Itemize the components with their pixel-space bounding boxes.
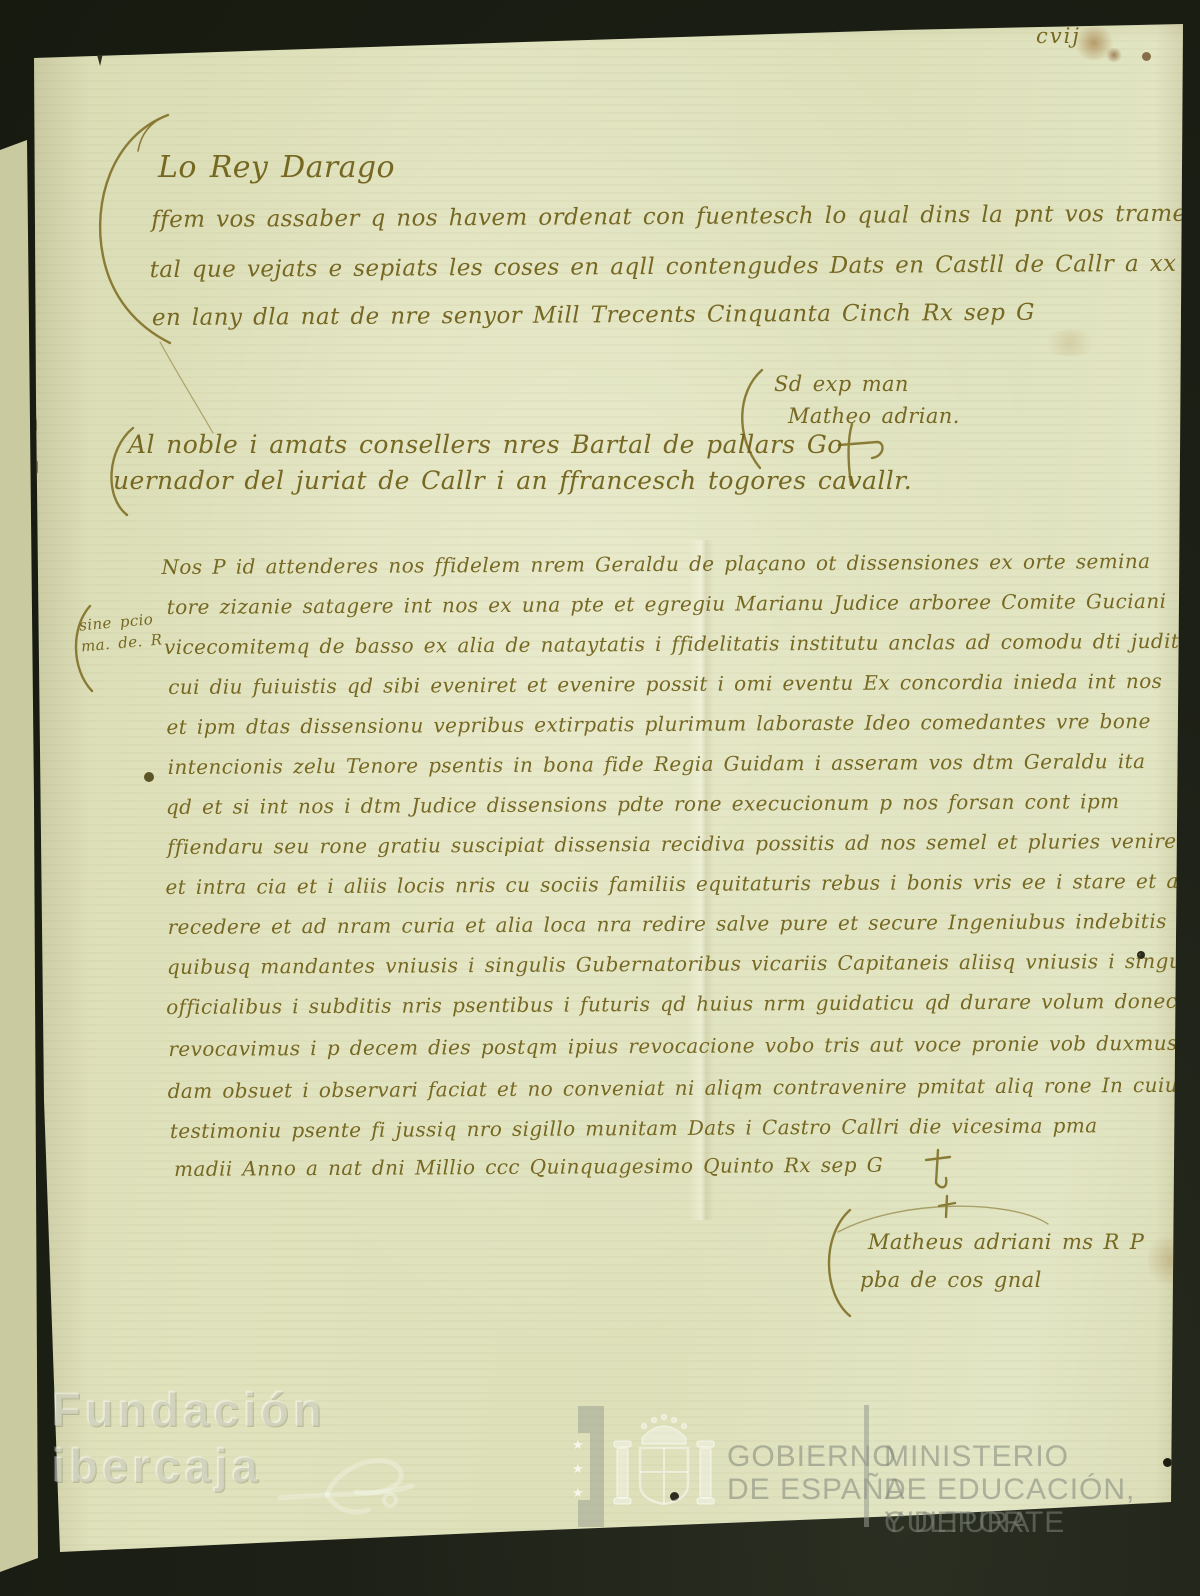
ibercaja-swoosh-icon [272, 1442, 422, 1532]
letter2-line: tore zizanie satagere int nos ex una pte… [167, 589, 1167, 619]
ministry-watermark-line3: Y DEPORTE [884, 1506, 1065, 1539]
letter2-line: qd et si int nos i dtm Judice dissension… [166, 789, 1120, 819]
watermark-divider [864, 1405, 869, 1527]
letter2-line: quibusq mandantes vniusis i singulis Gub… [167, 949, 1200, 979]
letter2-line: recedere et ad nram curia et alia loca n… [168, 908, 1200, 939]
letter2-signature-line: Matheus adriani ms R P [868, 1230, 1144, 1254]
letter2-line: testimoniu psente fi jussiq nro sigillo … [170, 1113, 1098, 1143]
star-icon: ★ [572, 1438, 584, 1453]
letter2-line: revocavimus i p decem dies postqm ipius … [168, 1030, 1200, 1061]
letter2-line: dam obsuet i observari faciat et no conv… [168, 1073, 1200, 1103]
letter2-line: cui diu fuiuistis qd sibi eveniret et ev… [168, 669, 1162, 699]
edge-discoloration [330, 1538, 830, 1554]
letter2-line: et ipm dtas dissensionu vepribus extirpa… [166, 709, 1150, 739]
letter2-line: vicecomitemq de basso ex alia de natayta… [164, 629, 1197, 659]
foundation-watermark-line1: Fundación [52, 1382, 326, 1437]
star-icon: ★ [572, 1462, 584, 1477]
manuscript-page: cvij Lo Rey Darago ffem vos assaber q no… [0, 0, 1200, 1596]
letter2-line: intencionis zelu Tenore psentis in bona … [168, 749, 1146, 779]
letter2-body: Nos P id attenderes nos ffidelem nrem Ge… [0, 0, 1200, 1596]
government-watermark-line2: DE ESPAÑA [727, 1473, 906, 1506]
letter2-line: madii Anno a nat dni Millio ccc Quinquag… [174, 1153, 883, 1181]
foundation-watermark-line2: ibercaja [52, 1438, 262, 1493]
letter2-line: et intra cia et i aliis locis nris cu so… [165, 868, 1200, 899]
letter2-signature-line: pba de cos gnal [860, 1268, 1042, 1292]
letter2-line: Nos P id attenderes nos ffidelem nrem Ge… [161, 549, 1150, 579]
ministry-watermark-line1: MINISTERIO [884, 1440, 1069, 1473]
star-icon: ★ [572, 1486, 584, 1501]
letter2-line: officialibus i subditis nris psentibus i… [166, 988, 1200, 1019]
manuscript-photo: cvij Lo Rey Darago ffem vos assaber q no… [0, 0, 1200, 1596]
spain-coat-of-arms-icon [612, 1408, 716, 1522]
letter2-line: ffiendaru seu rone gratiu suscipiat diss… [167, 829, 1176, 859]
government-watermark-line1: GOBIERNO [727, 1440, 897, 1473]
